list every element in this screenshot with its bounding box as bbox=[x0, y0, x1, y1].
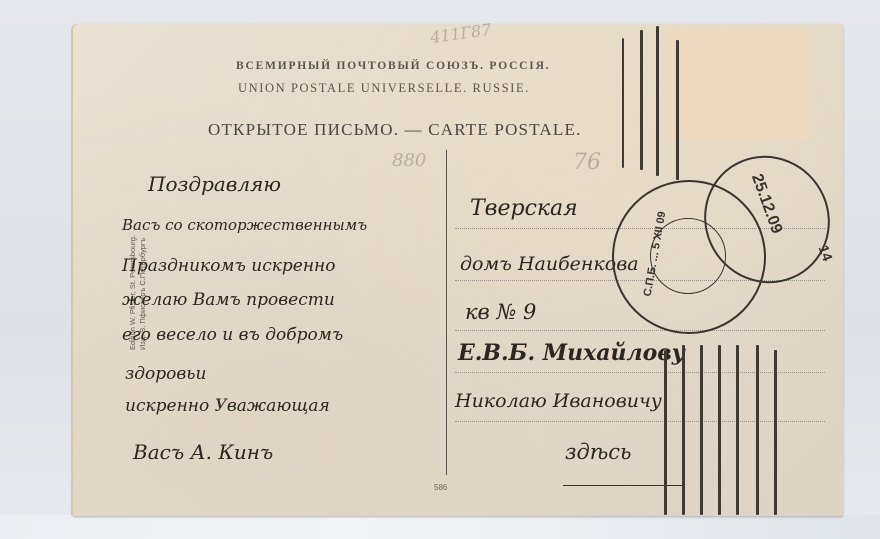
address-rule bbox=[455, 330, 825, 331]
message-line: искренно Уважающая bbox=[125, 396, 330, 416]
address-rule bbox=[455, 372, 825, 373]
cancellation-bar bbox=[756, 345, 759, 515]
cancellation-bar bbox=[774, 350, 777, 515]
message-line: Васъ со скоторжественнымъ bbox=[122, 216, 367, 234]
header-union-fr: UNION POSTALE UNIVERSELLE. RUSSIE. bbox=[238, 81, 530, 96]
cancellation-bar bbox=[640, 30, 643, 170]
message-line: Праздникомъ искренно bbox=[122, 256, 335, 276]
publisher-line-fr: Edition W. Pfister, St. Pétersbourg. bbox=[128, 150, 138, 350]
message-line: здоровьи bbox=[125, 364, 207, 384]
pencil-mark-right: 76 bbox=[573, 150, 601, 175]
cancellation-bar bbox=[682, 345, 685, 515]
table-surface bbox=[0, 515, 880, 539]
pencil-mark-left: 880 bbox=[392, 150, 426, 171]
message-line: Поздравляю bbox=[148, 172, 281, 196]
missing-stamp-area bbox=[667, 30, 807, 140]
cancellation-bar bbox=[622, 38, 624, 168]
cancellation-bar bbox=[676, 40, 679, 180]
address-line: кв № 9 bbox=[465, 300, 536, 324]
message-line: его весело и въ добромъ bbox=[122, 325, 343, 345]
address-line: Тверская bbox=[470, 196, 578, 221]
cancellation-bar bbox=[718, 345, 721, 515]
cancellation-bar bbox=[656, 26, 659, 176]
address-line: Николаю Ивановичу bbox=[455, 390, 662, 412]
signature: Васъ А. Кинъ bbox=[133, 440, 273, 464]
message-line: желаю Вамъ провести bbox=[122, 290, 335, 310]
center-divider bbox=[446, 150, 447, 475]
cancellation-bar bbox=[664, 350, 667, 515]
address-line: здѣсь bbox=[565, 440, 632, 464]
header-union-ru: ВСЕМИРНЫЙ ПОЧТОВЫЙ СОЮЗЪ. РОССIЯ. bbox=[236, 60, 550, 72]
cancellation-bar bbox=[736, 345, 739, 515]
address-rule bbox=[455, 421, 825, 422]
address-line: Е.В.Б. Михайлову bbox=[458, 340, 685, 366]
cancellation-bar bbox=[700, 345, 703, 515]
publisher-imprint: Edition W. Pfister, St. Pétersbourg. Изд… bbox=[128, 150, 148, 350]
publisher-line-ru: Изд. В. Пфистеръ С.Петербургъ bbox=[138, 150, 148, 350]
catalog-number: 586 bbox=[434, 483, 447, 492]
page-title: ОТКРЫТОЕ ПИСЬМО. — CARTE POSTALE. bbox=[208, 120, 582, 140]
